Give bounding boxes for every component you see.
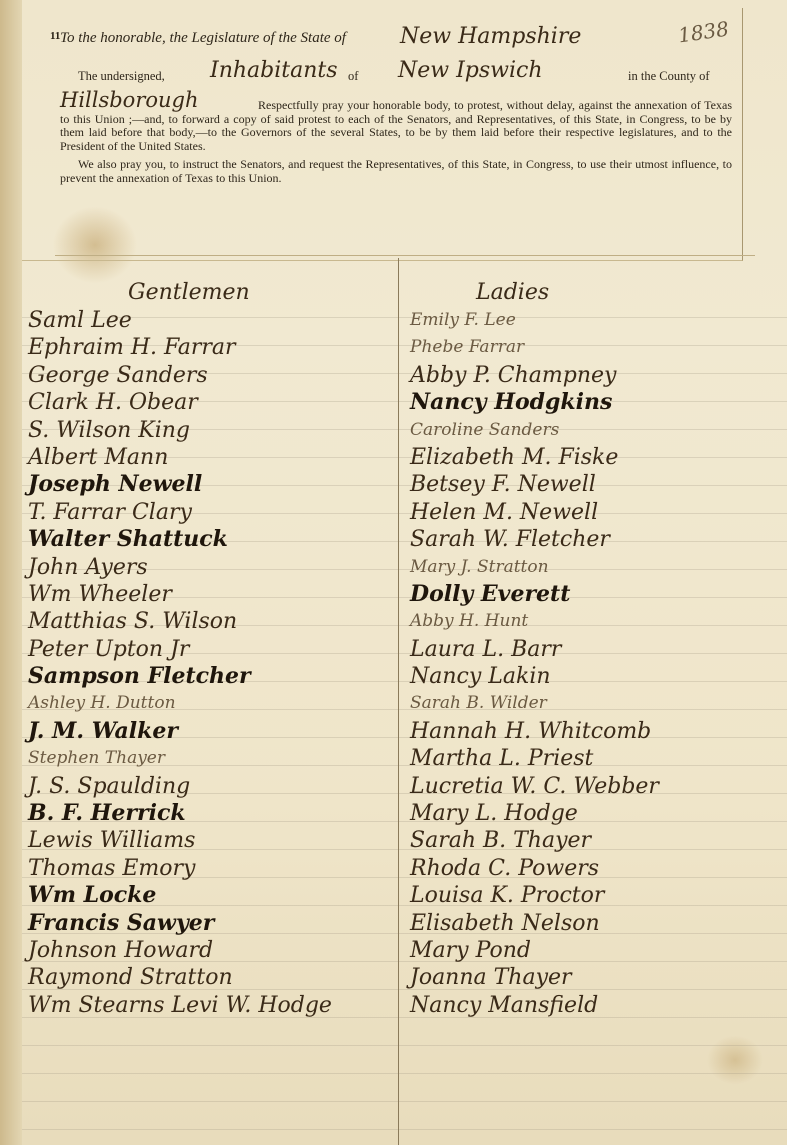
signature: Johnson Howard [28, 937, 393, 964]
signature: George Sanders [28, 362, 393, 389]
of-label: of [348, 69, 358, 84]
signature: Peter Upton Jr [28, 636, 393, 663]
signature: Mary J. Stratton [410, 554, 780, 581]
signature: Elizabeth M. Fiske [410, 444, 780, 471]
signature: Nancy Hodgkins [410, 389, 780, 416]
signature: Thomas Emory [28, 855, 393, 882]
signature: J. M. Walker [28, 718, 393, 745]
signature: Wm Locke [28, 882, 393, 909]
signature: Abby P. Champney [410, 362, 780, 389]
signature: Phebe Farrar [410, 334, 780, 361]
signature: Sarah B. Thayer [410, 827, 780, 854]
signature: Clark H. Obear [28, 389, 393, 416]
signature: Walter Shattuck [28, 526, 393, 553]
signature: Lucretia W. C. Webber [410, 773, 780, 800]
county-label: in the County of [628, 69, 710, 84]
signature: Joanna Thayer [410, 964, 780, 991]
signature: Wm Stearns Levi W. Hodge [28, 992, 393, 1019]
column-divider [398, 258, 399, 1145]
handwritten-signers: Inhabitants [210, 58, 338, 83]
header-divider [55, 255, 755, 256]
signature: Nancy Lakin [410, 663, 780, 690]
signature: S. Wilson King [28, 417, 393, 444]
signature: Sarah W. Fletcher [410, 526, 780, 553]
ladies-heading: Ladies [410, 280, 780, 305]
handwritten-town: New Ipswich [398, 58, 543, 83]
gentlemen-heading: Gentlemen [28, 280, 393, 305]
signature: Wm Wheeler [28, 581, 393, 608]
signature: Rhoda C. Powers [410, 855, 780, 882]
paper-edge [0, 0, 22, 1145]
petition-page: 11 1838 To the honorable, the Legislatur… [0, 0, 787, 1145]
signature: Mary L. Hodge [410, 800, 780, 827]
undersigned-label: The undersigned, [78, 69, 165, 84]
signature: Dolly Everett [410, 581, 780, 608]
signature: Ephraim H. Farrar [28, 334, 393, 361]
signature: Saml Lee [28, 307, 393, 334]
signature: B. F. Herrick [28, 800, 393, 827]
signature: Louisa K. Proctor [410, 882, 780, 909]
signature: Helen M. Newell [410, 499, 780, 526]
signature: Lewis Williams [28, 827, 393, 854]
page-number: 11 [50, 30, 60, 42]
signature: J. S. Spaulding [28, 773, 393, 800]
petition-paragraph-1: Respectfully pray your honorable body, t… [60, 99, 732, 153]
signature: John Ayers [28, 554, 393, 581]
petition-paragraph-2: We also pray you, to instruct the Senato… [60, 158, 732, 185]
signature: Elisabeth Nelson [410, 910, 780, 937]
handwritten-state: New Hampshire [400, 24, 581, 49]
signature: Albert Mann [28, 444, 393, 471]
signature: Betsey F. Newell [410, 471, 780, 498]
signature: Stephen Thayer [28, 745, 393, 772]
signature: Laura L. Barr [410, 636, 780, 663]
ladies-column: Ladies Emily F. Lee Phebe Farrar Abby P.… [410, 280, 780, 1019]
signature: Ashley H. Dutton [28, 690, 393, 717]
signature: Martha L. Priest [410, 745, 780, 772]
signature: Raymond Stratton [28, 964, 393, 991]
signature: Emily F. Lee [410, 307, 780, 334]
signature: Mary Pond [410, 937, 780, 964]
signature: Francis Sawyer [28, 910, 393, 937]
gentlemen-column: Gentlemen Saml Lee Ephraim H. Farrar Geo… [28, 280, 393, 1019]
signature: Sampson Fletcher [28, 663, 393, 690]
signature: Joseph Newell [28, 471, 393, 498]
signature: Matthias S. Wilson [28, 608, 393, 635]
signature: Sarah B. Wilder [410, 690, 780, 717]
signature: Abby H. Hunt [410, 608, 780, 635]
signature: T. Farrar Clary [28, 499, 393, 526]
petition-title: To the honorable, the Legislature of the… [60, 30, 346, 47]
signature: Hannah H. Whitcomb [410, 718, 780, 745]
signature: Caroline Sanders [410, 417, 780, 444]
signature: Nancy Mansfield [410, 992, 780, 1019]
